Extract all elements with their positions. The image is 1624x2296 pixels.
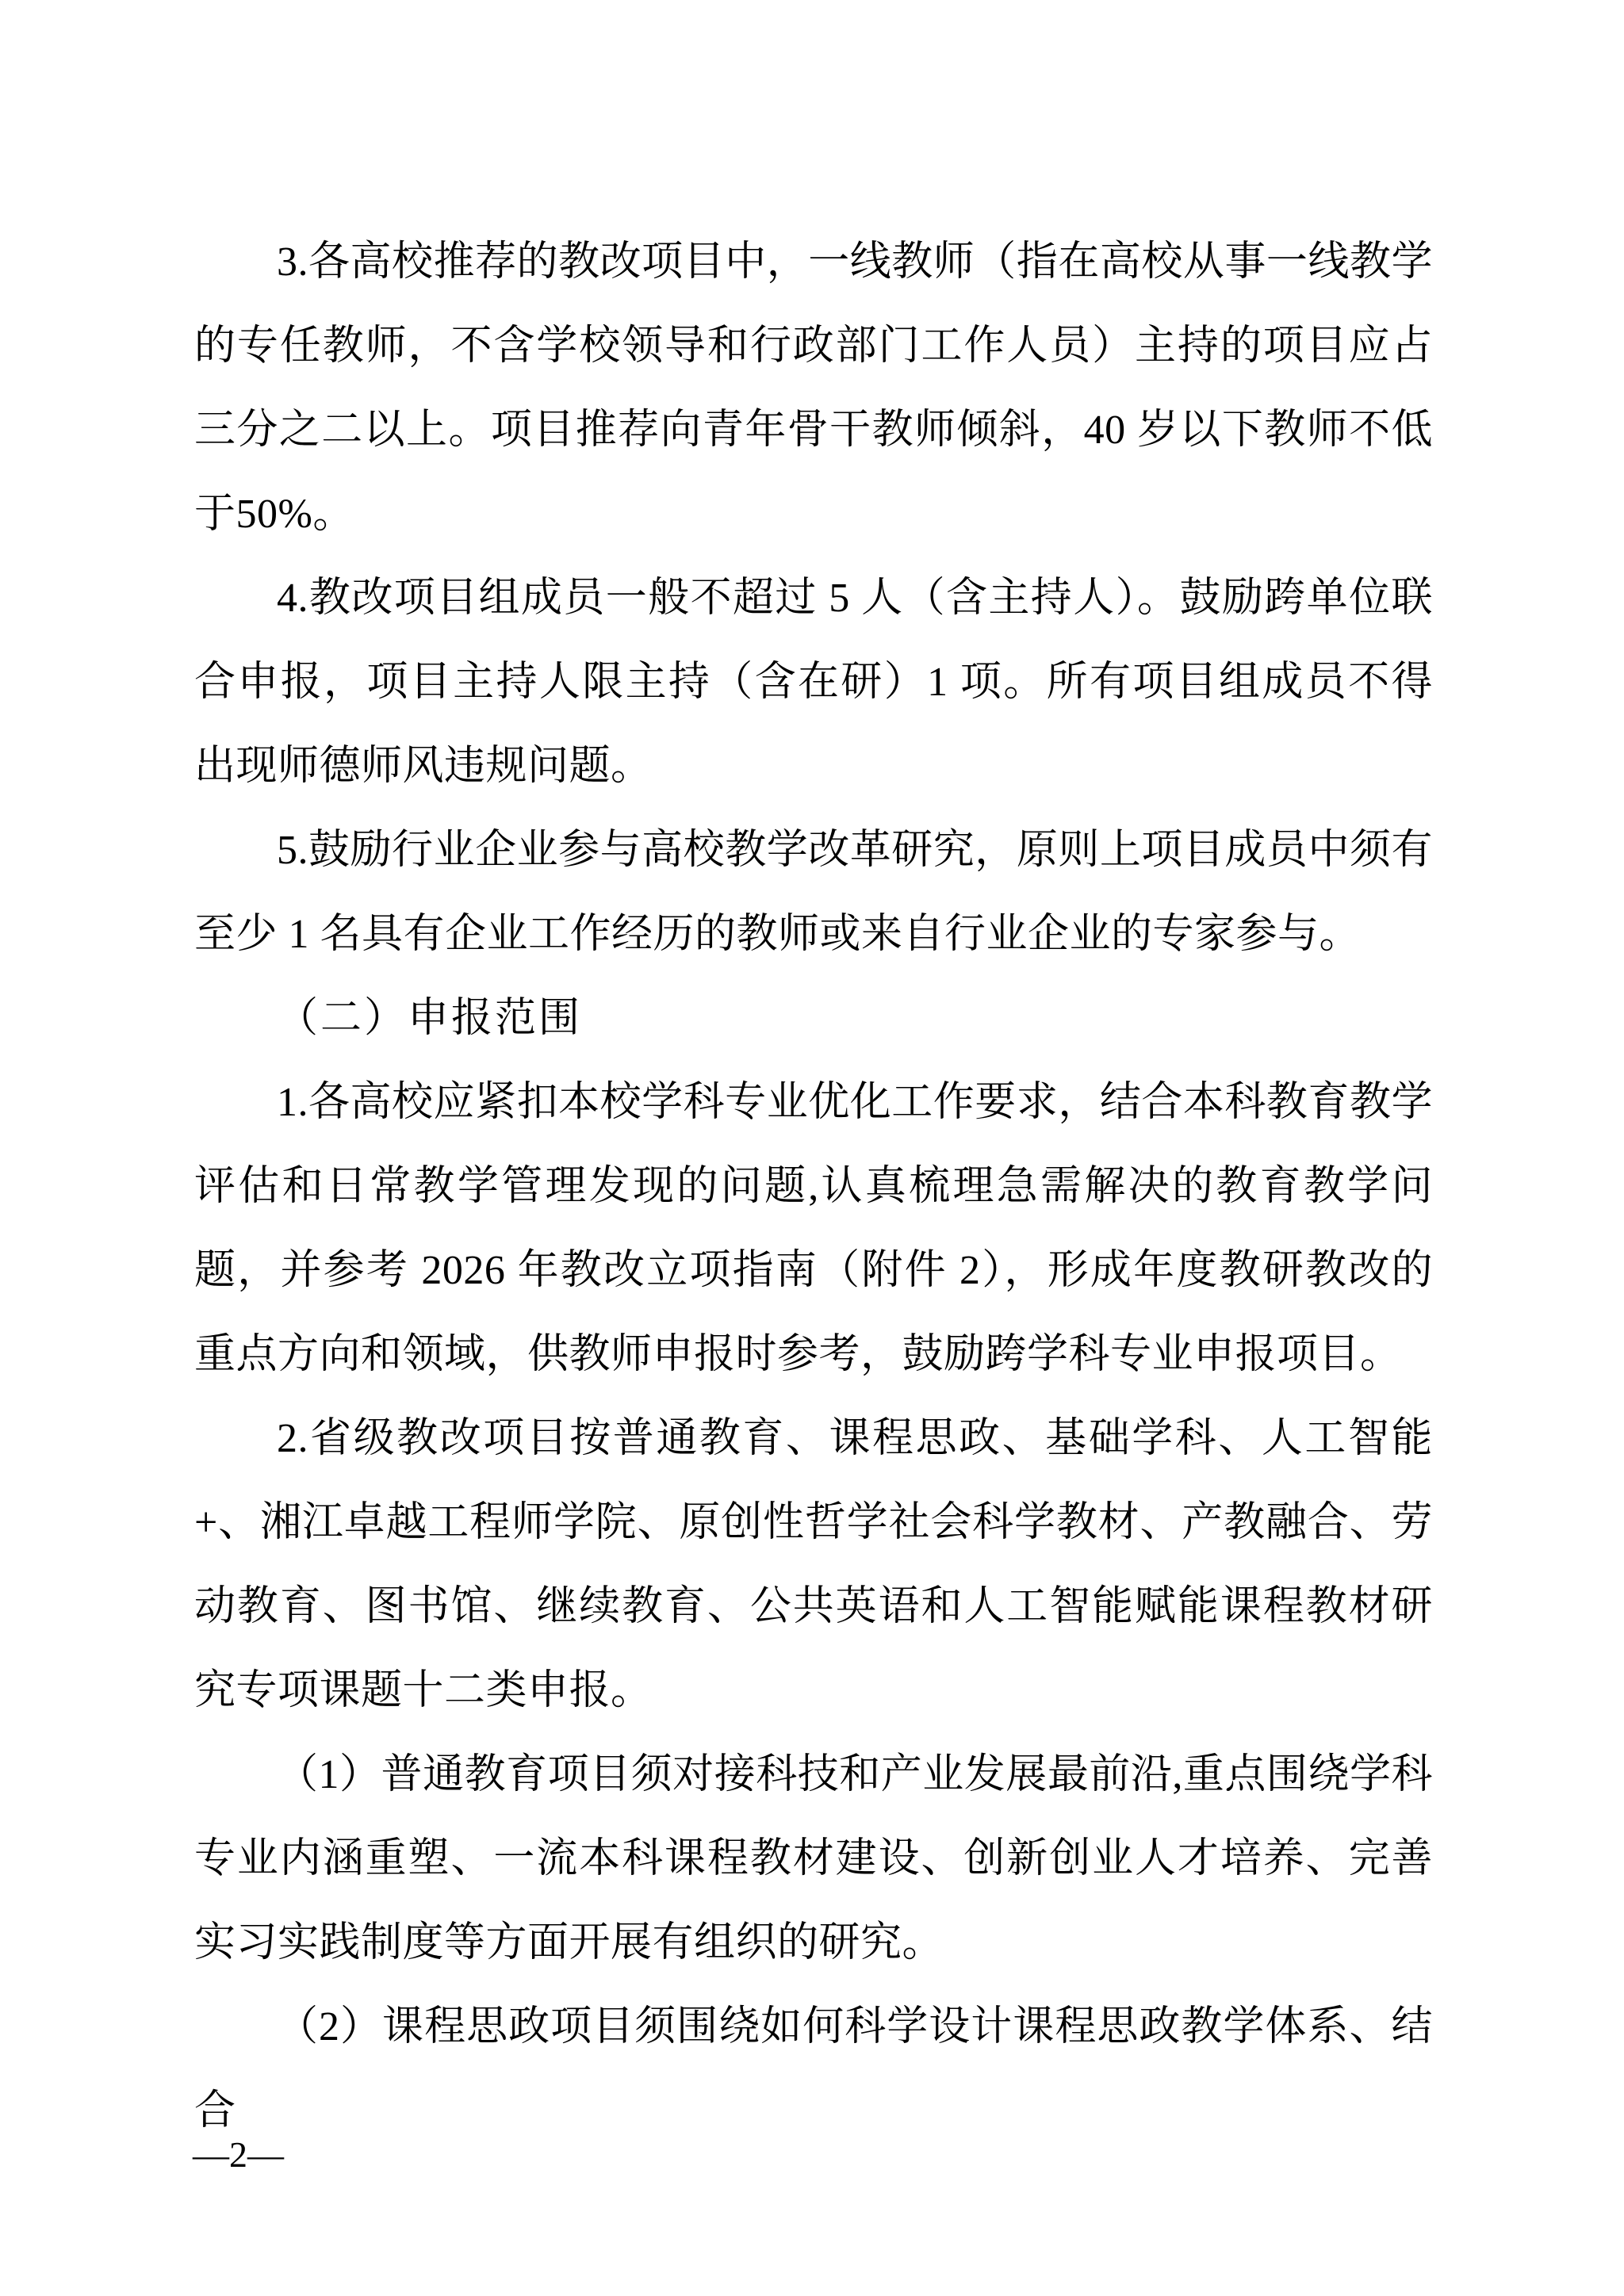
- document-page: 3.各高校推荐的教改项目中，一线教师（指在高校从事一线教学的专任教师，不含学校领…: [0, 0, 1624, 2296]
- page-number: —2—: [193, 2131, 284, 2179]
- paragraph-scope-2: 2.省级教改项目按普通教育、课程思政、基础学科、人工智能+、湘江卓越工程师学院、…: [194, 1397, 1433, 1733]
- paragraph-scope-2-sub-2: （2）课程思政项目须围绕如何科学设计课程思政教学体系、结合: [194, 1985, 1433, 2153]
- paragraph-rule-4: 4.教改项目组成员一般不超过 5 人（含主持人）。鼓励跨单位联合申报，项目主持人…: [194, 557, 1433, 809]
- paragraph-scope-1: 1.各高校应紧扣本校学科专业优化工作要求，结合本科教育教学评估和日常教学管理发现…: [194, 1061, 1433, 1397]
- paragraph-scope-2-sub-1: （1）普通教育项目须对接科技和产业发展最前沿,重点围绕学科专业内涵重塑、一流本科…: [194, 1733, 1433, 1985]
- document-body: 3.各高校推荐的教改项目中，一线教师（指在高校从事一线教学的专任教师，不含学校领…: [194, 220, 1433, 2153]
- paragraph-rule-3: 3.各高校推荐的教改项目中，一线教师（指在高校从事一线教学的专任教师，不含学校领…: [194, 220, 1433, 557]
- paragraph-rule-5: 5.鼓励行业企业参与高校教学改革研究，原则上项目成员中须有至少 1 名具有企业工…: [194, 809, 1433, 977]
- section-heading-application-scope: （二）申报范围: [194, 977, 1433, 1061]
